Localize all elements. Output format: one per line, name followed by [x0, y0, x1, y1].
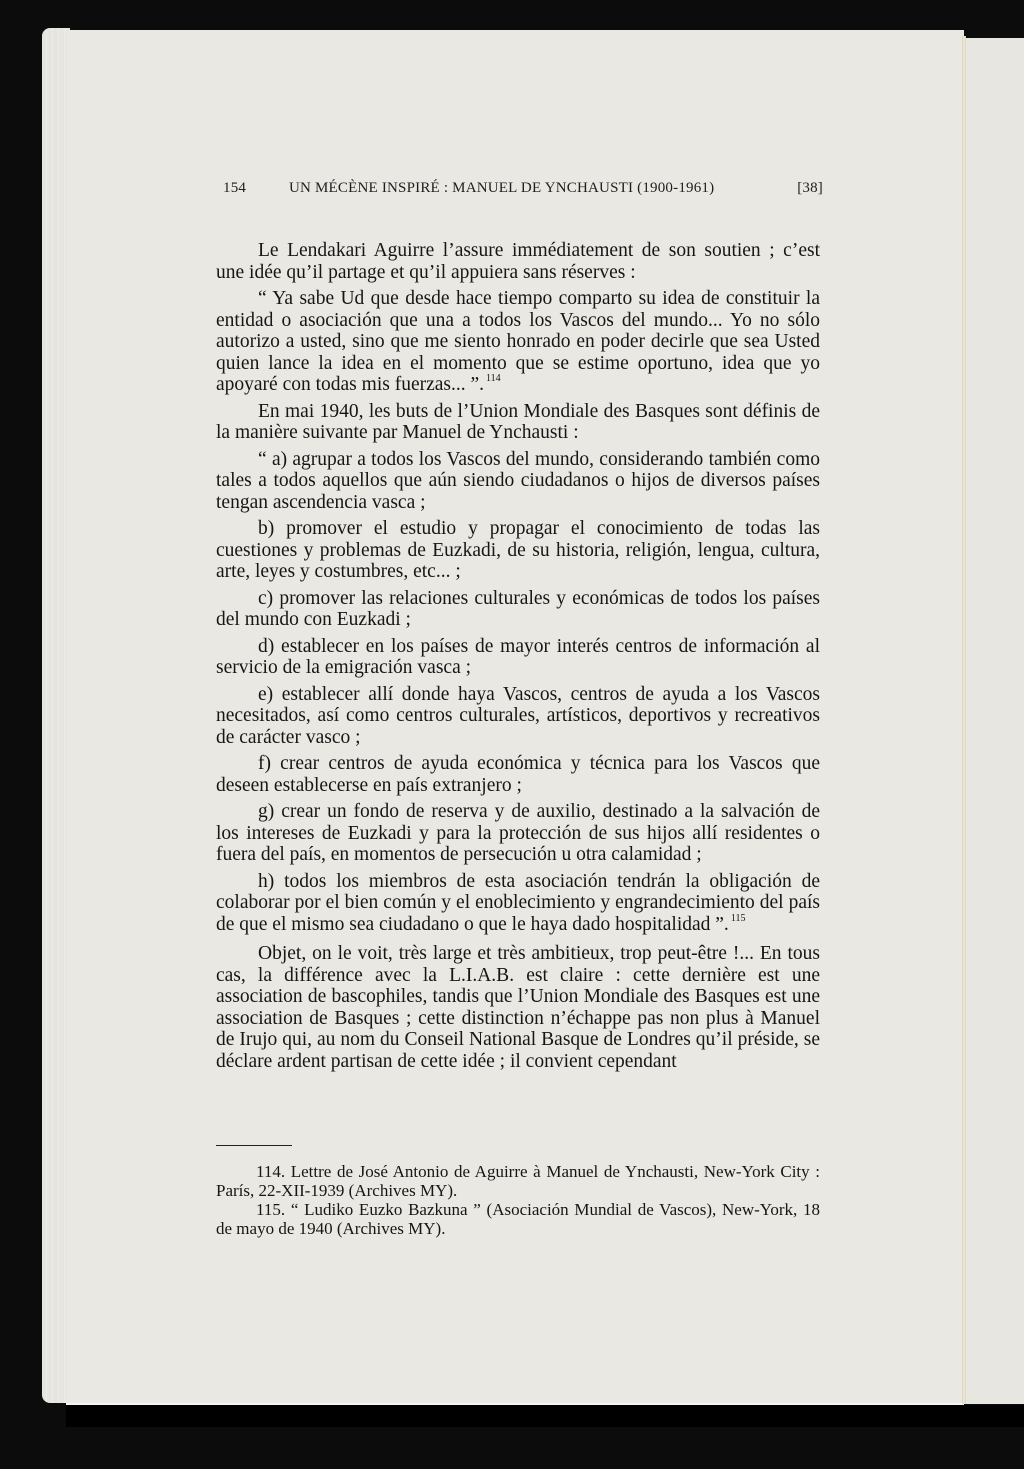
paragraph-text: “ Ya sabe Ud que desde hace tiempo compa… — [216, 288, 820, 395]
running-title: UN MÉCÈNE INSPIRÉ : MANUEL DE YNCHAUSTI … — [289, 180, 714, 197]
paragraph: “ a) agrupar a todos los Vascos del mund… — [216, 449, 820, 514]
paragraph-text: g) crear un fondo de reserva y de auxili… — [216, 801, 820, 865]
background-shadow — [66, 1405, 1024, 1427]
paragraph: h) todos los miembros de esta asociación… — [216, 871, 820, 936]
paragraph: d) establecer en los países de mayor int… — [216, 636, 820, 679]
paragraph-text: d) establecer en los países de mayor int… — [216, 636, 820, 679]
paragraph-text: Le Lendakari Aguirre l’assure immédiatem… — [216, 240, 820, 283]
paragraph: En mai 1940, les buts de l’Union Mondial… — [216, 401, 820, 444]
paragraph: f) crear centros de ayuda económica y té… — [216, 753, 820, 796]
body-text: Le Lendakari Aguirre l’assure immédiatem… — [216, 240, 820, 1077]
paragraph: “ Ya sabe Ud que desde hace tiempo compa… — [216, 288, 820, 396]
footnote-ref[interactable]: 115 — [731, 913, 746, 924]
paragraph: Objet, on le voit, très large et très am… — [216, 943, 820, 1072]
paragraph-text: h) todos los miembros de esta asociación… — [216, 871, 820, 935]
section-number: [38] — [797, 180, 823, 197]
paragraph-text: b) promover el estudio y propagar el con… — [216, 518, 820, 582]
footnote-ref[interactable]: 114 — [486, 373, 501, 384]
paragraph-text: f) crear centros de ayuda económica y té… — [216, 753, 820, 796]
paragraph-text: c) promover las relaciones culturales y … — [216, 588, 820, 631]
page-number: 154 — [223, 180, 246, 197]
paragraph: b) promover el estudio y propagar el con… — [216, 518, 820, 583]
footnote-114: 114. Lettre de José Antonio de Aguirre à… — [216, 1162, 820, 1200]
paragraph-text: “ a) agrupar a todos los Vascos del mund… — [216, 449, 820, 513]
paragraph: e) establecer allí donde haya Vascos, ce… — [216, 684, 820, 749]
paragraph: g) crear un fondo de reserva y de auxili… — [216, 801, 820, 866]
facing-page-edge — [966, 38, 1024, 1404]
footnote-divider — [216, 1145, 292, 1146]
paragraph: c) promover las relaciones culturales y … — [216, 588, 820, 631]
paragraph-text: e) establecer allí donde haya Vascos, ce… — [216, 684, 820, 748]
footnotes: 114. Lettre de José Antonio de Aguirre à… — [216, 1162, 820, 1238]
footnote-115: 115. “ Ludiko Euzko Bazkuna ” (Asociació… — [216, 1200, 820, 1238]
paragraph-text: Objet, on le voit, très large et très am… — [216, 943, 820, 1072]
paragraph: Le Lendakari Aguirre l’assure immédiatem… — [216, 240, 820, 283]
paragraph-text: En mai 1940, les buts de l’Union Mondial… — [216, 401, 820, 444]
